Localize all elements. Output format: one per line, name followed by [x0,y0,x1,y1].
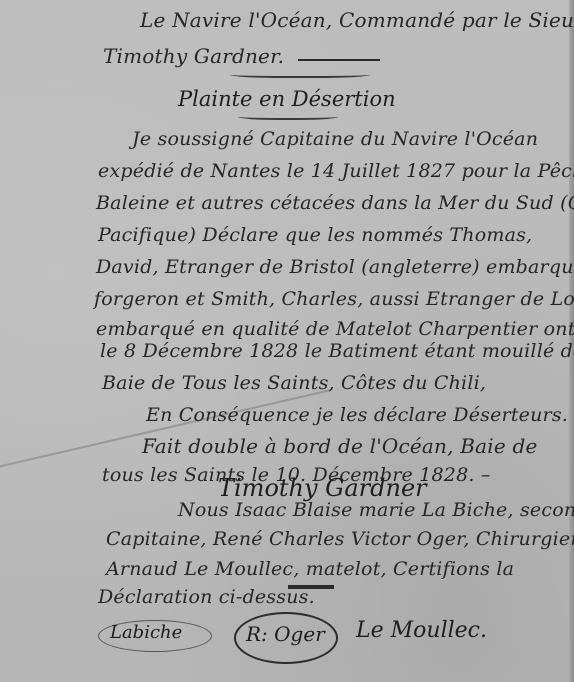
body-line-8: le 8 Décembre 1828 le Batiment étant mou… [100,340,574,362]
body-line-9: Baie de Tous les Saints, Côtes du Chili, [102,372,486,394]
header-line-1: Le Navire l'Océan, Commandé par le Sieur [140,8,574,32]
conclusion-line: En Conséquence je les déclare Déserteurs… [146,404,568,426]
body-line-4: Pacifique) Déclare que les nommés Thomas… [98,224,532,246]
certification-dash [288,585,334,589]
body-line-3: Baleine et autres cétacées dans la Mer d… [96,192,574,214]
body-line-2: expédié de Nantes le 14 Juillet 1827 pou… [98,160,574,182]
certification-line-2: Capitaine, René Charles Victor Oger, Chi… [106,528,574,550]
body-line-7: embarqué en qualité de Matelot Charpenti… [96,318,574,340]
done-line-1: Fait double à bord de l'Océan, Baie de [142,434,538,458]
captain-signature: Timothy Gardner [218,474,427,502]
body-line-6: forgeron et Smith, Charles, aussi Etrang… [94,288,574,310]
signature-labiche: Labiche [110,622,182,643]
body-line-5: David, Etranger de Bristol (angleterre) … [96,256,574,278]
certification-line-4: Déclaration ci-dessus. [98,586,315,608]
signature-le-moullec: Le Moullec. [356,618,487,643]
header-flourish [230,70,370,78]
certification-line-1: Nous Isaac Blaise marie La Biche, second [178,499,574,521]
title-flourish [238,112,338,120]
signature-oger: R: Oger [246,622,325,646]
document-title: Plainte en Désertion [178,87,396,111]
certification-line-3: Arnaud Le Moullec, matelot, Certifions l… [106,558,514,580]
header-dash [298,59,380,61]
body-line-1: Je soussigné Capitaine du Navire l'Océan [132,128,538,150]
header-line-2: Timothy Gardner. [103,44,284,68]
